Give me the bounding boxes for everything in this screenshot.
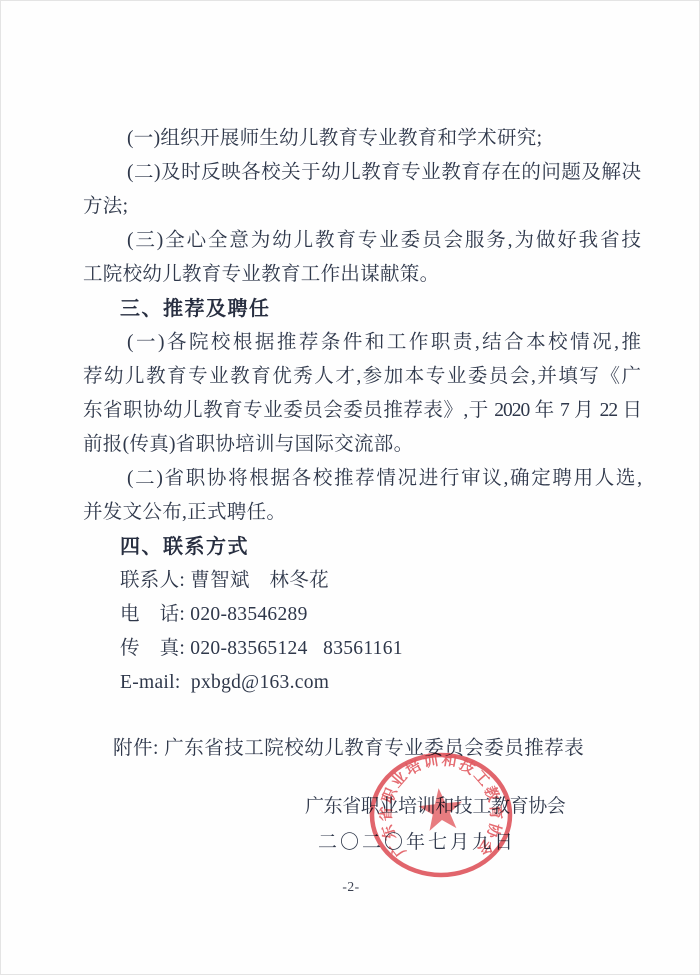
body-line: (三)全心全意为幼儿教育专业委员会服务,为做好我省技 [83,224,641,258]
section-heading-contact: 四、联系方式 [83,530,641,564]
body-line: 荐幼儿教育专业教育优秀人才,参加本专业委员会,并填写《广 [83,360,641,394]
body-line: 工院校幼儿教育专业教育工作出谋献策。 [83,258,641,292]
section-heading-recommendation: 三、推荐及聘任 [83,292,641,326]
body-line: (一)各院校根据推荐条件和工作职责,结合本校情况,推 [83,326,641,360]
body-line: 并发文公布,正式聘任。 [83,496,641,530]
body-line: 方法; [83,190,641,224]
document-body: (一)组织开展师生幼儿教育专业教育和学术研究; (二)及时反映各校关于幼儿教育专… [83,122,641,700]
contact-email-line: E-mail: pxbgd@163.com [83,666,641,700]
body-line: (二)及时反映各校关于幼儿教育专业教育存在的问题及解决 [83,156,641,190]
contact-fax-line: 传 真: 020-83565124 83561161 [83,632,641,666]
body-line: 东省职协幼儿教育专业委员会委员推荐表》,于 2020 年 7 月 22 日 [83,394,641,428]
page-number: -2- [1,879,700,895]
contact-persons-line: 联系人: 曹智斌 林冬花 [83,564,641,598]
official-seal: 广东省职业培训和技工教育协会 [366,749,516,881]
body-line: (二)省职协将根据各校推荐情况进行审议,确定聘用人选, [83,462,641,496]
body-line: (一)组织开展师生幼儿教育专业教育和学术研究; [83,122,641,156]
document-page: (一)组织开展师生幼儿教育专业教育和学术研究; (二)及时反映各校关于幼儿教育专… [0,0,700,975]
contact-phone-line: 电 话: 020-83546289 [83,598,641,632]
star-icon [417,786,465,832]
body-line: 前报(传真)省职协培训与国际交流部。 [83,428,641,462]
